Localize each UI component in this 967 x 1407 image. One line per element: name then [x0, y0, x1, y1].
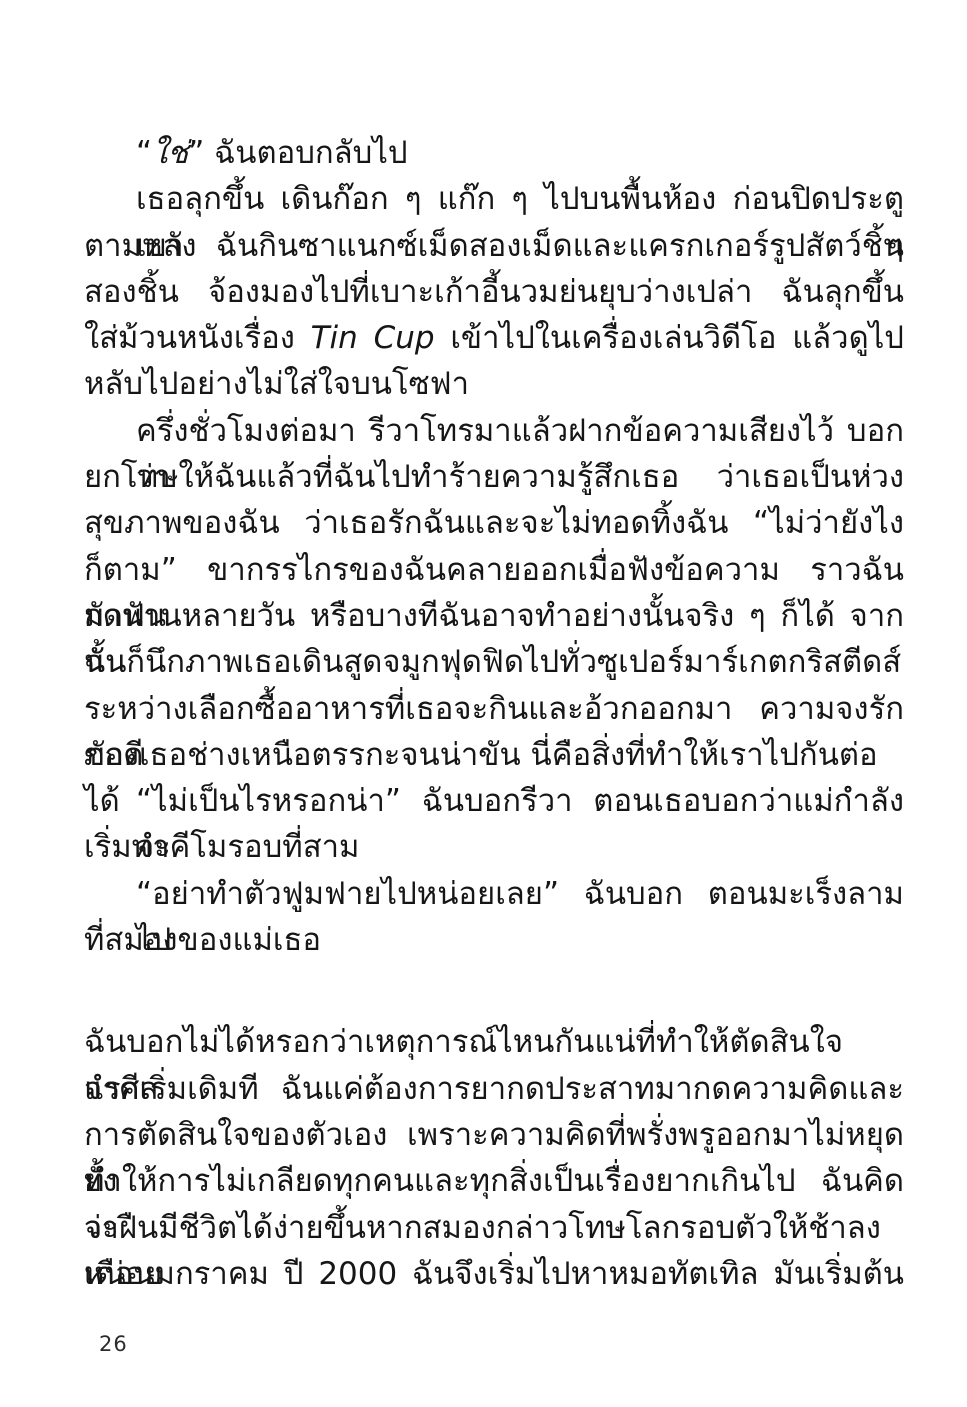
- text-line: ครึ่งชั่วโมงต่อมา รีวาโทรมาแล้วฝากข้อควา…: [84, 408, 904, 454]
- text-line: หลับไปอย่างไม่ใส่ใจบนโซฟา: [84, 361, 904, 407]
- text-segment: เดือนมกราคม ปี 2000 ฉันจึงเริ่มไปหาหมอทั…: [84, 1256, 904, 1292]
- text-line: ก็ตาม” ขากรรไกรของฉันคลายออกเมื่อฟังข้อค…: [84, 547, 904, 593]
- text-line: เริ่มทำคีโมรอบที่สาม: [84, 824, 904, 870]
- text-line: ระหว่างเลือกซื้ออาหารที่เธอจะกินและอ้วกอ…: [84, 686, 904, 732]
- page-number: 26: [99, 1330, 128, 1358]
- italic-text-segment: ใช่: [152, 135, 188, 171]
- text-line: ใส่ม้วนหนังเรื่อง Tin Cup เข้าไปในเครื่อ…: [84, 315, 904, 361]
- text-segment: สองชิ้น จ้องมองไปที่เบาะเก้าอี้นวมย่นยุบ…: [84, 274, 904, 310]
- text-line: สองชิ้น จ้องมองไปที่เบาะเก้าอี้นวมย่นยุบ…: [84, 269, 904, 315]
- text-segment: ใส่ม้วนหนังเรื่อง: [84, 320, 311, 356]
- page-text-block: “ใช่” ฉันตอบกลับไปเธอลุกขึ้น เดินก๊อก ๆ …: [84, 130, 904, 1297]
- text-line: แรกเริ่มเดิมที ฉันแค่ต้องการยากดประสาทมา…: [84, 1066, 904, 1112]
- text-segment: เริ่มทำคีโมรอบที่สาม: [84, 829, 360, 865]
- text-segment: หลับไปอย่างไม่ใส่ใจบนโซฟา: [84, 366, 469, 402]
- text-line: เดือนมกราคม ปี 2000 ฉันจึงเริ่มไปหาหมอทั…: [84, 1251, 904, 1297]
- text-line: ยกโทษให้ฉันแล้วที่ฉันไปทำร้ายความรู้สึกเ…: [84, 454, 904, 500]
- text-segment: ที่สมองของแม่เธอ: [84, 922, 321, 958]
- text-line: สุขภาพของฉัน ว่าเธอรักฉันและจะไม่ทอดทิ้ง…: [84, 500, 904, 546]
- text-line: ตามหลัง ฉันกินซาแนกซ์เม็ดสองเม็ดและแครกเ…: [84, 223, 904, 269]
- text-segment: สุขภาพของฉัน ว่าเธอรักฉันและจะไม่ทอดทิ้ง…: [84, 505, 904, 541]
- text-line: เธอลุกขึ้น เดินก๊อก ๆ แก๊ก ๆ ไปบนพื้นห้อ…: [84, 176, 904, 222]
- text-segment: ยกโทษให้ฉันแล้วที่ฉันไปทำร้ายความรู้สึกเ…: [84, 459, 904, 495]
- text-line: “ไม่เป็นไรหรอกน่า” ฉันบอกรีวา ตอนเธอบอกว…: [84, 778, 904, 824]
- text-line: ทำให้การไม่เกลียดทุกคนและทุกสิ่งเป็นเรื่…: [84, 1158, 904, 1204]
- text-line: ฉันก็นึกภาพเธอเดินสูดจมูกฟุดฟิดไปทั่วซูเ…: [84, 639, 904, 685]
- text-line: จะฝืนมีชีวิตได้ง่ายขึ้นหากสมองกล่าวโทษโล…: [84, 1205, 904, 1251]
- text-line: ฉันบอกไม่ได้หรอกว่าเหตุการณ์ไหนกันแน่ที่…: [84, 1019, 904, 1065]
- text-line: มานานหลายวัน หรือบางทีฉันอาจทำอย่างนั้นจ…: [84, 593, 904, 639]
- text-line: การตัดสินใจของตัวเอง เพราะความคิดที่พรั่…: [84, 1112, 904, 1158]
- italic-text-segment: Tin Cup: [311, 320, 435, 356]
- text-segment: ” ฉันตอบกลับไป: [188, 135, 407, 171]
- text-segment: ตามหลัง ฉันกินซาแนกซ์เม็ดสองเม็ดและแครกเ…: [84, 228, 904, 264]
- text-segment: “: [136, 135, 152, 171]
- text-segment: ฉันก็นึกภาพเธอเดินสูดจมูกฟุดฟิดไปทั่วซูเ…: [84, 644, 901, 680]
- text-line: “ใช่” ฉันตอบกลับไป: [84, 130, 904, 176]
- text-segment: เข้าไปในเครื่องเล่นวิดีโอ แล้วดูไป: [435, 320, 904, 356]
- text-segment: แรกเริ่มเดิมที ฉันแค่ต้องการยากดประสาทมา…: [84, 1071, 904, 1107]
- text-line: “อย่าทำตัวฟูมฟายไปหน่อยเลย” ฉันบอก ตอนมะ…: [84, 871, 904, 917]
- text-line: ของเธอช่างเหนือตรรกะจนน่าขัน นี่คือสิ่งท…: [84, 732, 904, 778]
- text-line: ที่สมองของแม่เธอ: [84, 917, 904, 963]
- book-page: “ใช่” ฉันตอบกลับไปเธอลุกขึ้น เดินก๊อก ๆ …: [0, 0, 967, 1407]
